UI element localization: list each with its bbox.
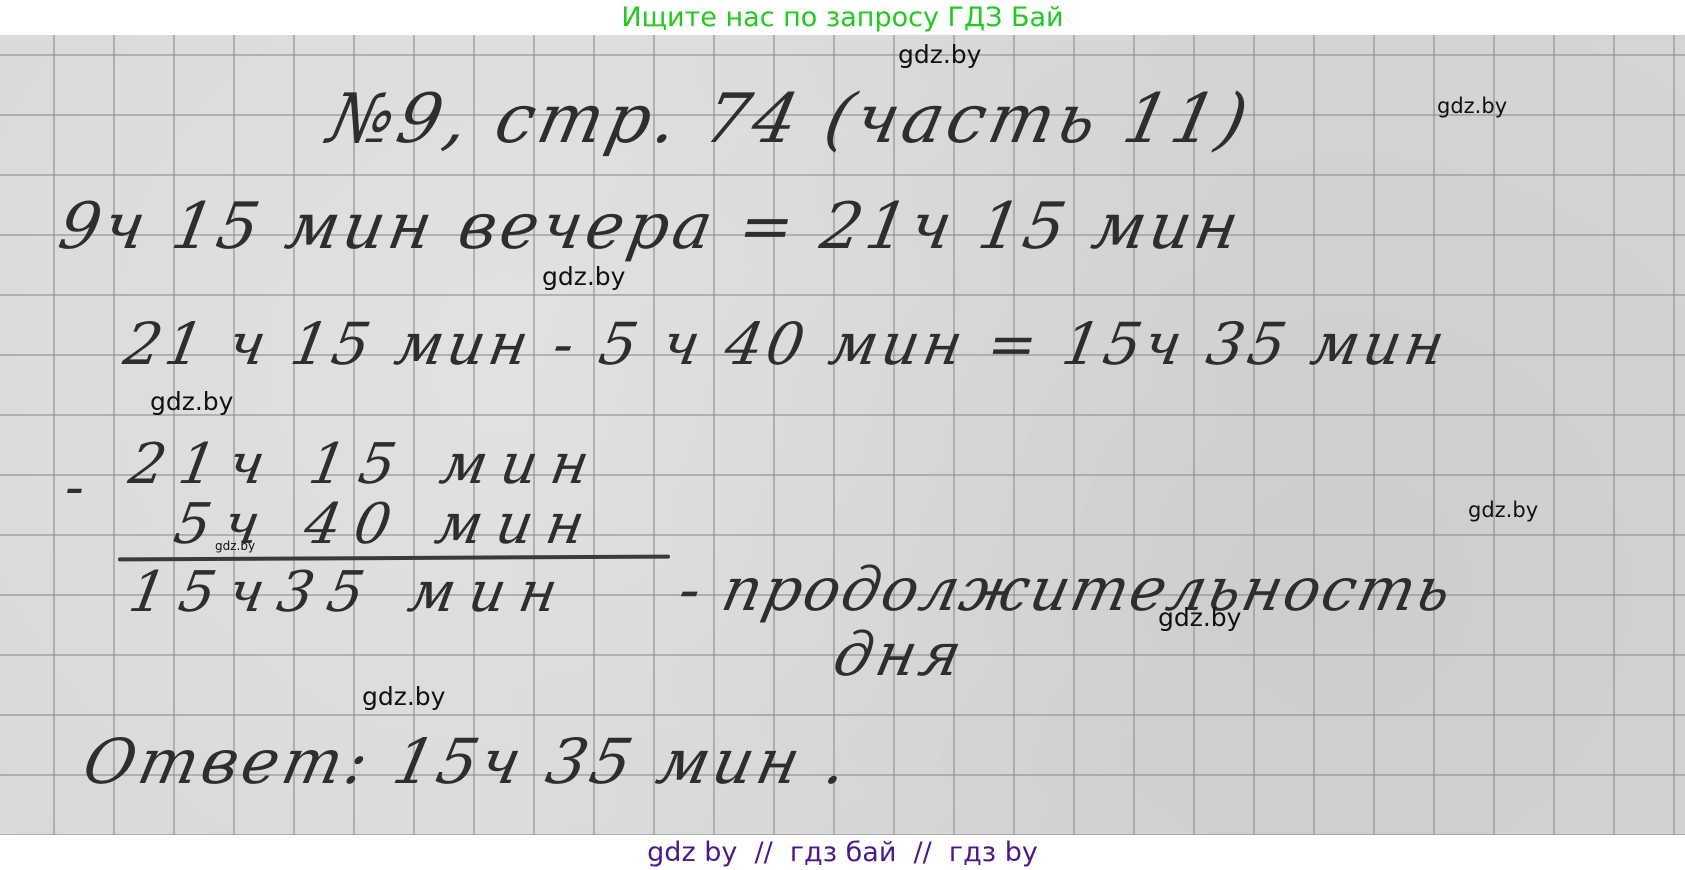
column-minuend: 21ч 15 мин — [124, 432, 608, 497]
watermark: gdz.by — [1468, 498, 1538, 522]
watermark: gdz.by — [362, 682, 445, 711]
result-note-line-2: дня — [828, 620, 972, 690]
watermark: gdz.by — [215, 539, 255, 553]
top-banner: Ищите нас по запросу ГДЗ Бай — [0, 0, 1685, 35]
column-result: 15ч35 мин — [124, 560, 576, 625]
watermark: gdz.by — [150, 387, 233, 416]
exercise-title: №9, стр. 74 (часть 11) — [322, 80, 1259, 159]
column-minus-sign: - — [65, 455, 88, 520]
watermark: gdz.by — [898, 40, 981, 69]
watermark: gdz.by — [1437, 94, 1507, 118]
answer-line: Ответ: 15ч 35 мин . — [77, 725, 858, 798]
watermark: gdz.by — [1158, 603, 1241, 632]
watermark: gdz.by — [542, 262, 625, 291]
result-note-line-1: - продолжительность — [673, 555, 1460, 625]
subtraction-equation: 21 ч 15 мин - 5 ч 40 мин = 15ч 35 мин — [119, 310, 1454, 378]
conversion-line: 9ч 15 мин вечера = 21ч 15 мин — [53, 190, 1248, 264]
bottom-banner: gdz by // гдз бай // гдз by — [0, 835, 1685, 870]
